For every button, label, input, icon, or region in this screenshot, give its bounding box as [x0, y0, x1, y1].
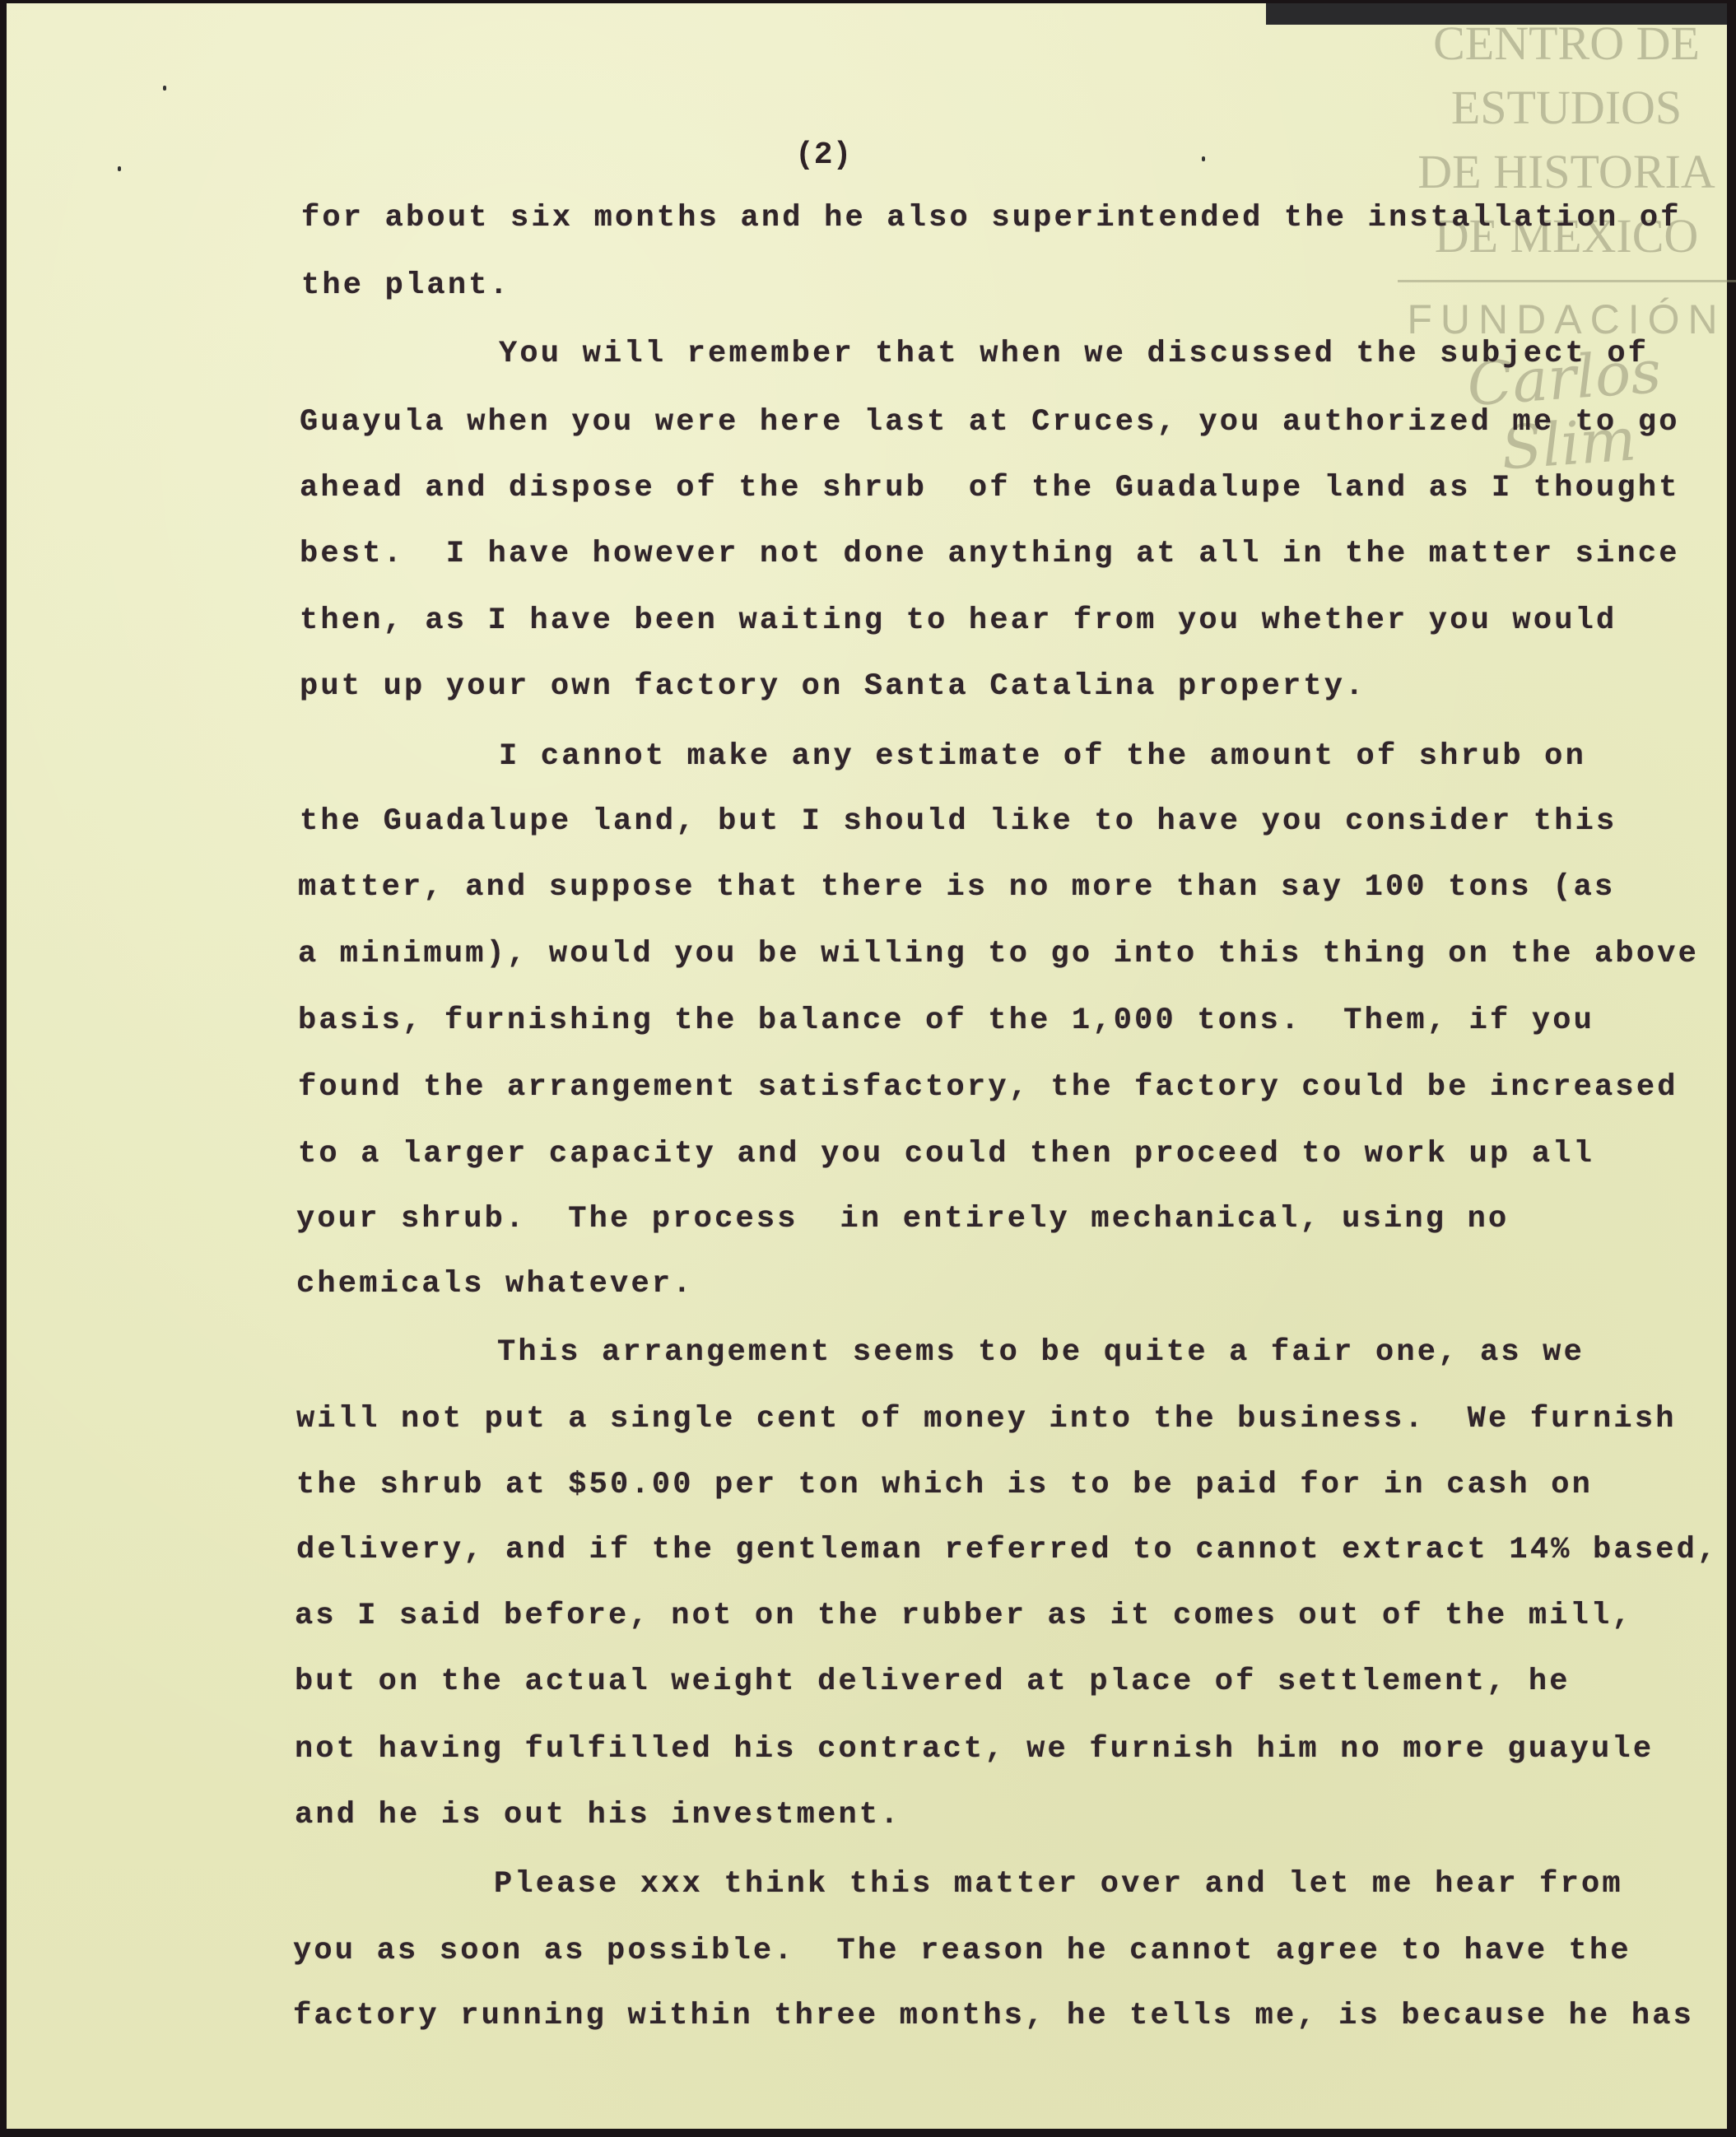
- text-line: best. I have however not done anything a…: [300, 537, 1680, 571]
- text-line: as I said before, not on the rubber as i…: [295, 1599, 1633, 1633]
- text-line: Please xxx think this matter over and le…: [494, 1867, 1623, 1902]
- text-line: I cannot make any estimate of the amount…: [499, 739, 1586, 774]
- text-line: a minimum), would you be willing to go i…: [298, 937, 1699, 971]
- text-line: and he is out his investment.: [295, 1798, 901, 1832]
- text-line: then, as I have been waiting to hear fro…: [300, 603, 1617, 638]
- text-line: but on the actual weight delivered at pl…: [295, 1664, 1571, 1699]
- text-line: will not put a single cent of money into…: [296, 1402, 1677, 1436]
- text-line: put up your own factory on Santa Catalin…: [300, 669, 1366, 704]
- text-line: you as soon as possible. The reason he c…: [293, 1934, 1631, 1968]
- text-line: the plant.: [301, 268, 510, 303]
- text-line: your shrub. The process in entirely mech…: [296, 1202, 1509, 1236]
- text-line: basis, furnishing the balance of the 1,0…: [298, 1003, 1594, 1038]
- text-line: Guayula when you were here last at Cruce…: [300, 405, 1680, 440]
- text-line: ahead and dispose of the shrub of the Gu…: [300, 471, 1680, 505]
- text-line: matter, and suppose that there is no mor…: [298, 870, 1615, 905]
- text-line: chemicals whatever.: [296, 1267, 694, 1301]
- text-line: This arrangement seems to be quite a fai…: [497, 1335, 1585, 1370]
- document-page: CENTRO DE ESTUDIOS DE HISTORIA DE MEXICO…: [7, 3, 1727, 2129]
- text-line: found the arrangement satisfactory, the …: [298, 1070, 1678, 1105]
- text-line: You will remember that when we discussed…: [499, 337, 1649, 371]
- letter-body: for about six months and he also superin…: [7, 3, 1727, 2129]
- text-line: factory running within three months, he …: [293, 1999, 1694, 2033]
- text-line: the shrub at $50.00 per ton which is to …: [296, 1468, 1593, 1502]
- text-line: not having fulfilled his contract, we fu…: [295, 1732, 1654, 1767]
- text-line: delivery, and if the gentleman referred …: [296, 1533, 1718, 1567]
- text-line: for about six months and he also superin…: [301, 201, 1682, 235]
- text-line: the Guadalupe land, but I should like to…: [300, 804, 1617, 839]
- text-line: to a larger capacity and you could then …: [298, 1137, 1594, 1171]
